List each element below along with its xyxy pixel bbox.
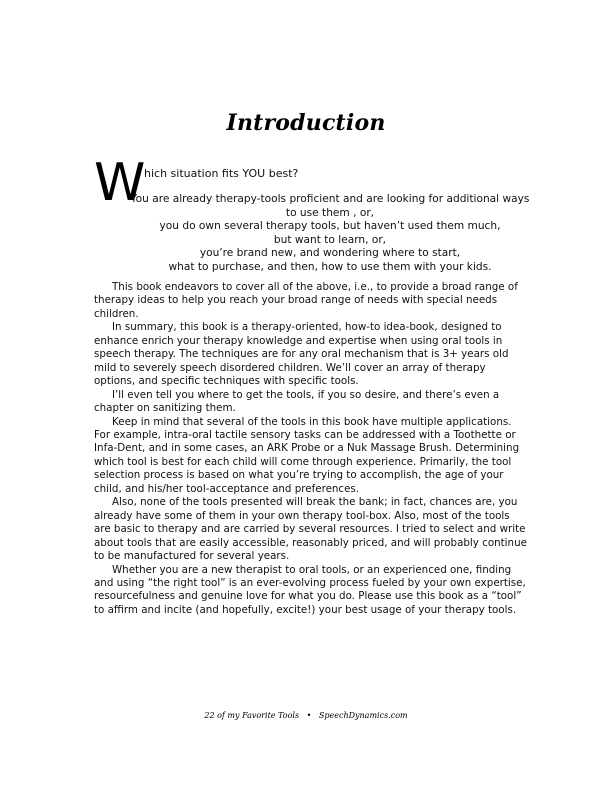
paragraph: Keep in mind that several of the tools i… — [94, 416, 528, 497]
option-line: what to purchase, and then, how to use t… — [120, 261, 540, 275]
page-title: Introduction — [0, 110, 612, 136]
paragraph: In summary, this book is a therapy-orien… — [94, 321, 528, 388]
option-line: to use them , or, — [120, 207, 540, 221]
paragraph: I’ll even tell you where to get the tool… — [94, 389, 528, 416]
document-page: Introduction W hich situation fits YOU b… — [0, 0, 612, 792]
option-line: but want to learn, or, — [120, 234, 540, 248]
paragraph: Whether you are a new therapist to oral … — [94, 564, 528, 618]
option-line: you do own several therapy tools, but ha… — [120, 220, 540, 234]
paragraph: This book endeavors to cover all of the … — [94, 281, 528, 321]
option-line: You are already therapy-tools proficient… — [120, 193, 540, 207]
lead-question: hich situation fits YOU best? — [144, 167, 298, 181]
body-text: This book endeavors to cover all of the … — [94, 281, 528, 617]
option-line: you’re brand new, and wondering where to… — [120, 247, 540, 261]
paragraph: Also, none of the tools presented will b… — [94, 496, 528, 563]
page-footer: 22 of my Favorite Tools • SpeechDynamics… — [0, 711, 612, 720]
footer-separator: • — [307, 711, 312, 720]
footer-website: SpeechDynamics.com — [319, 711, 408, 720]
situation-options: You are already therapy-tools proficient… — [120, 193, 540, 274]
footer-book-title: 22 of my Favorite Tools — [204, 711, 299, 720]
